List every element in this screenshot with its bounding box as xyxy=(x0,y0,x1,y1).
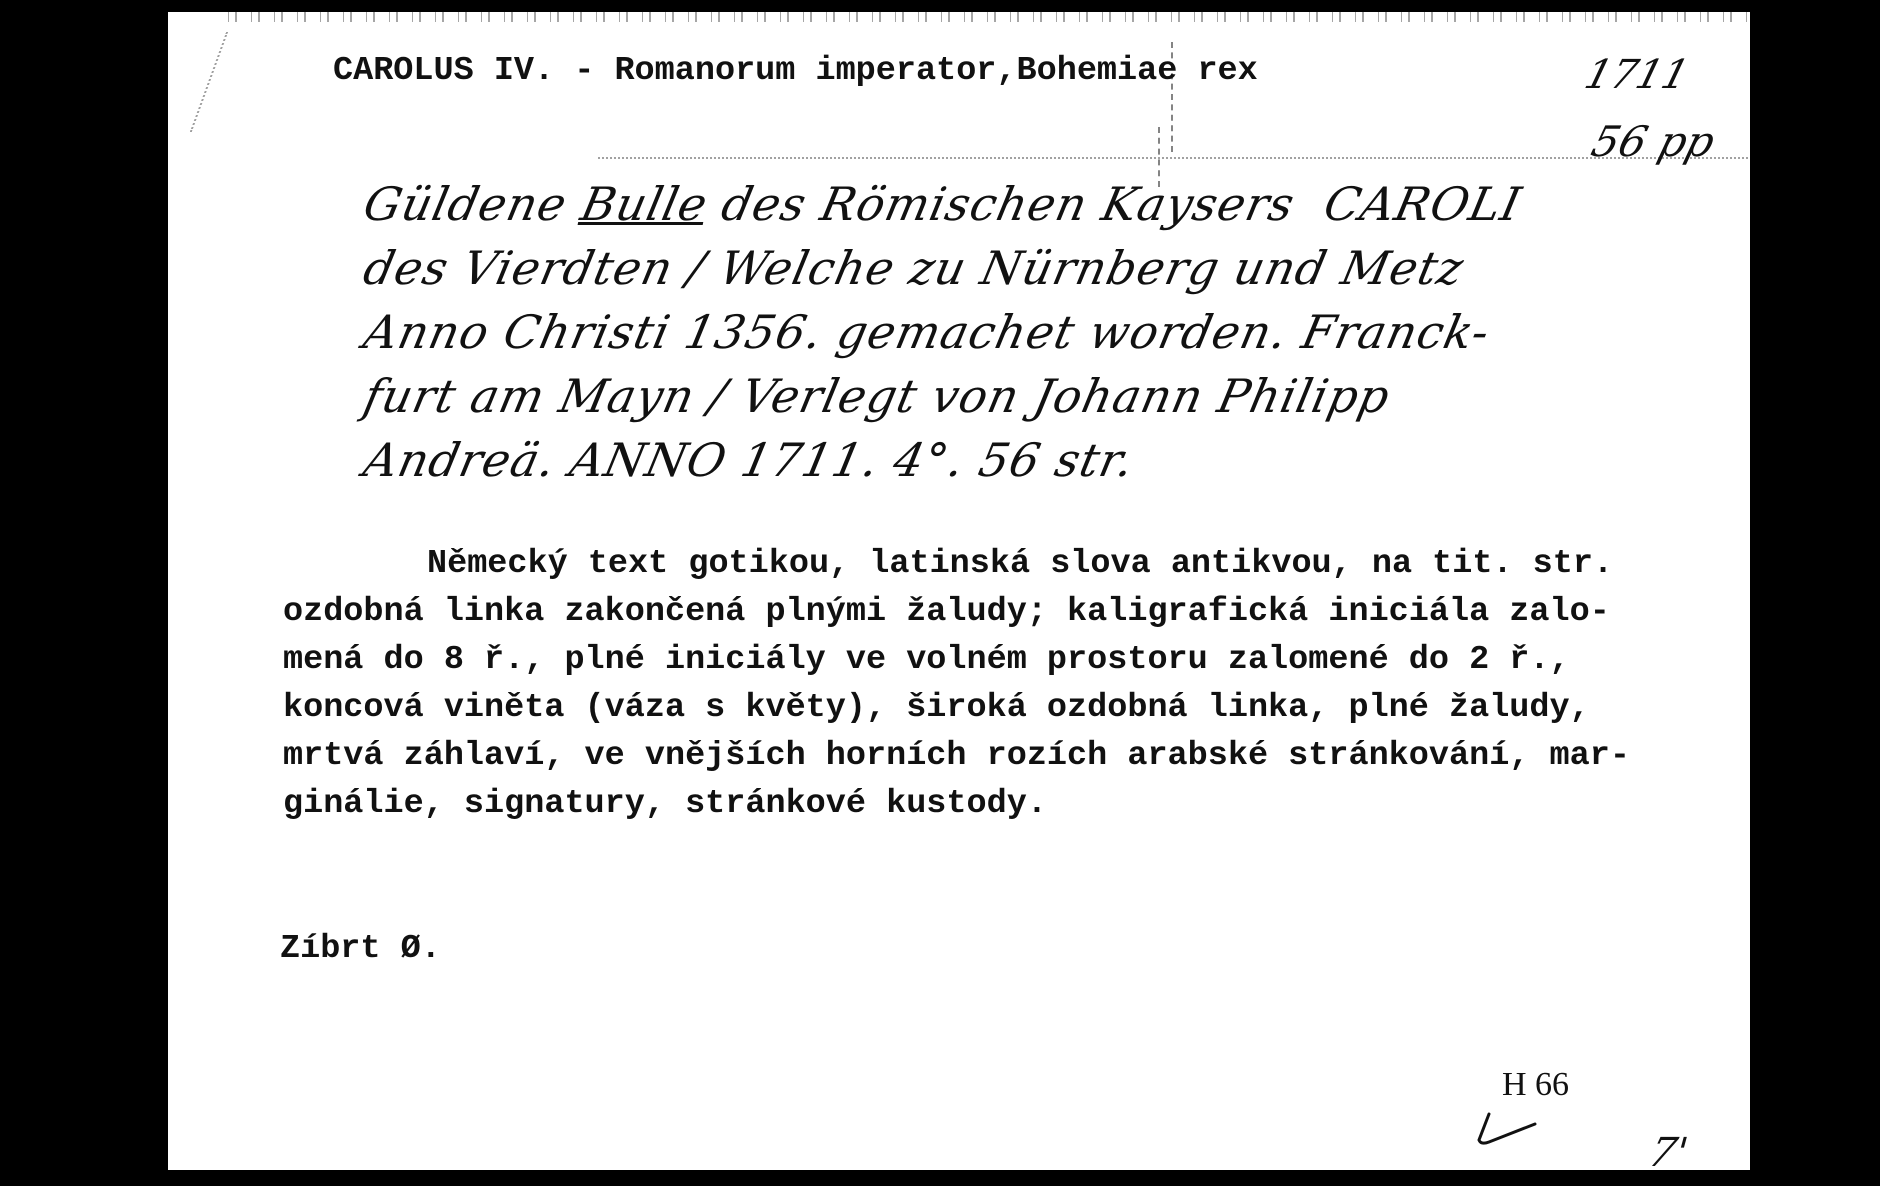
bibliography-source-note: Zíbrt Ø. xyxy=(280,930,441,968)
handwritten-line: Andreä. ANNO 1711. 4°. 56 str. xyxy=(358,428,1632,492)
description-line: koncová viněta (váza s květy), široká oz… xyxy=(283,684,1683,732)
faint-dotted-rule xyxy=(598,157,1748,159)
handwritten-line: Anno Christi 1356. gemachet worden. Fran… xyxy=(358,300,1632,364)
description-line: ginálie, signatury, stránkové kustody. xyxy=(283,780,1683,828)
description-line: mrtvá záhlaví, ve vnějších horních rozíc… xyxy=(283,732,1683,780)
margin-note-year: 1711 xyxy=(1580,52,1694,98)
handwritten-text: des Vierdten / Welche zu Nürnberg und Me… xyxy=(359,241,1469,295)
description-line: Německý text gotikou, latinská slova ant… xyxy=(283,540,1683,588)
margin-note-pages: 56 pp xyxy=(1586,117,1720,166)
description-line: mená do 8 ř., plné iniciály ve volném pr… xyxy=(283,636,1683,684)
handwritten-text: des Römischen Kaysers CAROLI xyxy=(701,177,1526,231)
card-heading: CAROLUS IV. - Romanorum imperator,Bohemi… xyxy=(333,52,1258,90)
handwritten-title-transcription: Güldene Bulle des Römischen Kaysers CARO… xyxy=(358,172,1618,492)
handwritten-text: Anno Christi 1356. gemachet worden. Fran… xyxy=(359,305,1495,359)
handwritten-line: furt am Mayn / Verlegt von Johann Philip… xyxy=(358,364,1632,428)
handwritten-text: Güldene xyxy=(359,177,588,231)
underlined-word: Bulle xyxy=(576,177,713,231)
handwritten-line: Güldene Bulle des Römischen Kaysers CARO… xyxy=(358,172,1632,236)
sheet-note: 7' xyxy=(1644,1130,1693,1176)
handwritten-text: furt am Mayn / Verlegt von Johann Philip… xyxy=(359,369,1395,423)
description-line: ozdobná linka zakončená plnými žaludy; k… xyxy=(283,588,1683,636)
catalog-card: CAROLUS IV. - Romanorum imperator,Bohemi… xyxy=(168,12,1750,1170)
typed-description: Německý text gotikou, latinská slova ant… xyxy=(283,540,1683,828)
check-mark-icon xyxy=(1475,1112,1537,1148)
scan-noise-top-edge xyxy=(228,12,1748,22)
handwritten-text: Andreä. ANNO 1711. 4°. 56 str. xyxy=(359,433,1139,487)
handwritten-line: des Vierdten / Welche zu Nürnberg und Me… xyxy=(358,236,1632,300)
pencil-mark-left xyxy=(190,32,268,132)
shelfmark: H 66 xyxy=(1502,1066,1569,1104)
